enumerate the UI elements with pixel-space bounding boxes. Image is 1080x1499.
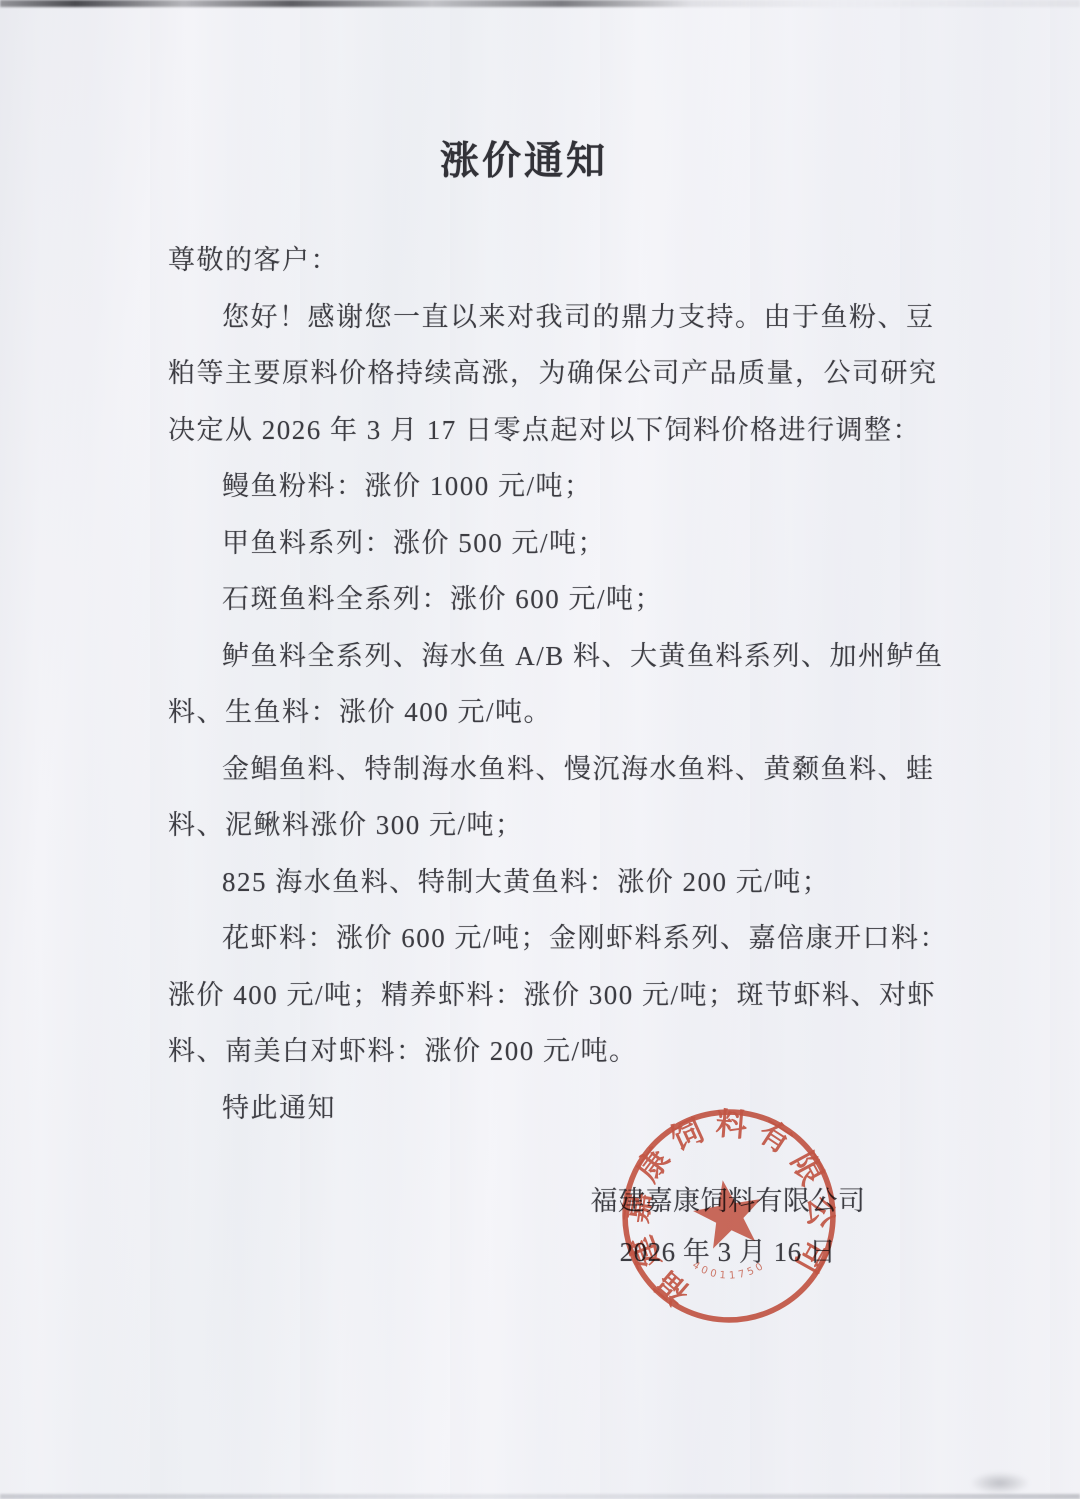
notice-line: 料、泥鳅料涨价 300 元/吨； xyxy=(168,797,916,854)
notice-title: 涨价通知 xyxy=(0,130,1064,186)
seal-serial: 40011750 xyxy=(689,1248,770,1289)
notice-line: 花虾料：涨价 600 元/吨；金刚虾料系列、嘉倍康开口料： xyxy=(168,910,916,967)
notice-body: 尊敬的客户： 您好！感谢您一直以来对我司的鼎力支持。由于鱼粉、豆 粕等主要原料价… xyxy=(168,232,916,1136)
salutation: 尊敬的客户： xyxy=(168,232,916,289)
scan-smudge-artifact xyxy=(970,1472,1030,1494)
notice-line: 甲鱼料系列：涨价 500 元/吨； xyxy=(168,515,916,572)
notice-line: 鳗鱼粉料：涨价 1000 元/吨； xyxy=(168,458,916,515)
notice-line: 您好！感谢您一直以来对我司的鼎力支持。由于鱼粉、豆 xyxy=(168,289,916,346)
scan-bottom-edge-artifact xyxy=(0,1494,1080,1499)
scan-top-edge-artifact xyxy=(0,0,1080,7)
notice-line: 粕等主要原料价格持续高涨，为确保公司产品质量，公司研究 xyxy=(168,345,916,402)
scanned-notice-page: 涨价通知 尊敬的客户： 您好！感谢您一直以来对我司的鼎力支持。由于鱼粉、豆 粕等… xyxy=(0,0,1080,1499)
company-seal-stamp: 福建嘉康饲料有限公司 40011750 xyxy=(618,1105,840,1327)
notice-line: 料、生鱼料：涨价 400 元/吨。 xyxy=(168,684,916,741)
notice-line: 涨价 400 元/吨；精养虾料：涨价 300 元/吨；斑节虾料、对虾 xyxy=(168,967,916,1024)
seal-star-icon xyxy=(689,1174,768,1251)
notice-line: 石斑鱼料全系列：涨价 600 元/吨； xyxy=(168,571,916,628)
notice-line: 鲈鱼料全系列、海水鱼 A/B 料、大黄鱼料系列、加州鲈鱼 xyxy=(168,628,916,685)
notice-line: 金鲳鱼料、特制海水鱼料、慢沉海水鱼料、黄颡鱼料、蛙 xyxy=(168,741,916,798)
notice-line: 决定从 2026 年 3 月 17 日零点起对以下饲料价格进行调整： xyxy=(168,402,916,459)
notice-line: 料、南美白对虾料：涨价 200 元/吨。 xyxy=(168,1023,916,1080)
notice-line: 825 海水鱼料、特制大黄鱼料：涨价 200 元/吨； xyxy=(168,854,916,911)
svg-text:40011750: 40011750 xyxy=(689,1248,770,1289)
